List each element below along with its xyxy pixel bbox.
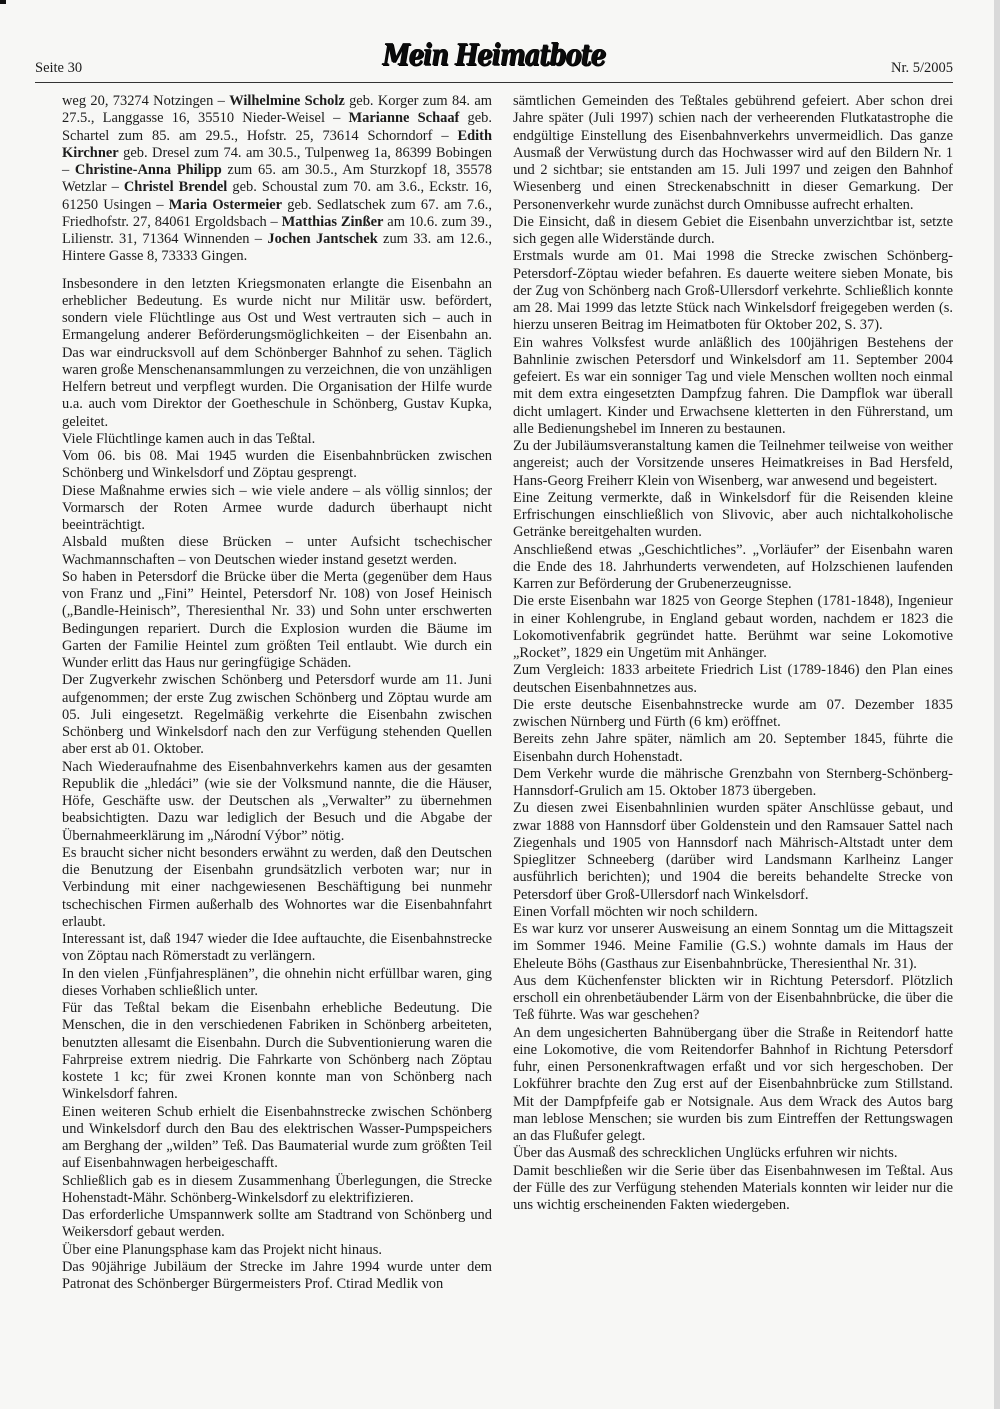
paragraph: Dem Verkehr wurde die mährische Grenzbah… [513,766,953,801]
paragraph: Über eine Planungsphase kam das Projekt … [62,1242,492,1259]
paragraph: In den vielen ‚Fünfjahresplänen”, die oh… [62,966,492,1001]
person-name: Maria Ostermeier [169,197,282,213]
masthead-logo: Mein Heimatbote [118,38,871,73]
issue-number: Nr. 5/2005 [891,60,953,77]
left-column: weg 20, 73274 Notzingen – Wilhelmine Sch… [62,93,492,1293]
page-header: Seite 30 Mein Heimatbote Nr. 5/2005 [35,48,953,83]
paragraph: Alsbald mußten diese Brücken – unter Auf… [62,534,492,569]
paragraph: Zu diesen zwei Eisenbahnlinien wurden sp… [513,800,953,904]
paragraph: Zum Vergleich: 1833 arbeitete Friedrich … [513,662,953,697]
person-name: Jochen Jantschek [267,231,377,247]
person-name: Matthias Zinßer [282,214,384,230]
right-column: sämtlichen Gemeinden des Teßtales gebühr… [513,93,953,1214]
paragraph: Das erforderliche Umspannwerk sollte am … [62,1207,492,1242]
person-name: Christine-Anna Philipp [75,162,222,178]
left-paragraphs: Insbesondere in den letzten Kriegsmonate… [62,276,492,1294]
paragraph: Ein wahres Volksfest wurde anläßlich des… [513,335,953,439]
paragraph: Der Zugverkehr zwischen Schönberg und Pe… [62,672,492,758]
paragraph: Über das Ausmaß des schrecklichen Unglüc… [513,1145,953,1162]
paragraph: Diese Maßnahme erwies sich – wie viele a… [62,483,492,535]
paragraph: Damit beschließen wir die Serie über das… [513,1163,953,1215]
paragraph: Die erste deutsche Eisenbahnstrecke wurd… [513,697,953,732]
paragraph: Einen Vorfall möchten wir noch schildern… [513,904,953,921]
page-number: Seite 30 [35,60,82,77]
paragraph: sämtlichen Gemeinden des Teßtales gebühr… [513,93,953,214]
birthday-list: weg 20, 73274 Notzingen – Wilhelmine Sch… [62,93,492,266]
birthday-text: weg 20, 73274 Notzingen – [62,93,229,109]
scan-page-edge [994,0,1000,1409]
paragraph: Das 90jährige Jubiläum der Strecke im Ja… [62,1259,492,1294]
paragraph: Zu der Jubiläumsveranstaltung kamen die … [513,438,953,490]
person-name: Marianne Schaaf [349,110,460,126]
paragraph: Viele Flüchtlinge kamen auch in das Teßt… [62,431,492,448]
paragraph: Interessant ist, daß 1947 wieder die Ide… [62,931,492,966]
paragraph: An dem ungesicherten Bahnübergang über d… [513,1025,953,1146]
paragraph: Nach Wiederaufnahme des Eisenbahnverkehr… [62,759,492,845]
person-name: Christel Brendel [124,179,227,195]
paragraph: Insbesondere in den letzten Kriegsmonate… [62,276,492,431]
paragraph: Aus dem Küchenfenster blickten wir in Ri… [513,973,953,1025]
paragraph: Erstmals wurde am 01. Mai 1998 die Strec… [513,248,953,334]
paragraph: Für das Teßtal bekam die Eisenbahn erheb… [62,1000,492,1104]
paragraph: Es war kurz vor unserer Ausweisung an ei… [513,921,953,973]
paragraph: Es braucht sicher nicht besonders erwähn… [62,845,492,931]
paragraph: So haben in Petersdorf die Brücke über d… [62,569,492,673]
paragraph: Einen weiteren Schub erhielt die Eisenba… [62,1104,492,1173]
paragraph: Die Einsicht, daß in diesem Gebiet die E… [513,214,953,249]
paragraph: Eine Zeitung vermerkte, daß in Winkelsdo… [513,490,953,542]
right-paragraphs: sämtlichen Gemeinden des Teßtales gebühr… [513,93,953,1214]
paragraph: Vom 06. bis 08. Mai 1945 wurden die Eise… [62,448,492,483]
paragraph: Anschließend etwas „Geschichtliches”. „V… [513,542,953,594]
person-name: Wilhelmine Scholz [229,93,345,109]
paragraph: Schließlich gab es in diesem Zusammenhan… [62,1173,492,1208]
paragraph: Die erste Eisenbahn war 1825 von George … [513,593,953,662]
scan-corner-mark [0,0,6,4]
paragraph: Bereits zehn Jahre später, nämlich am 20… [513,731,953,766]
